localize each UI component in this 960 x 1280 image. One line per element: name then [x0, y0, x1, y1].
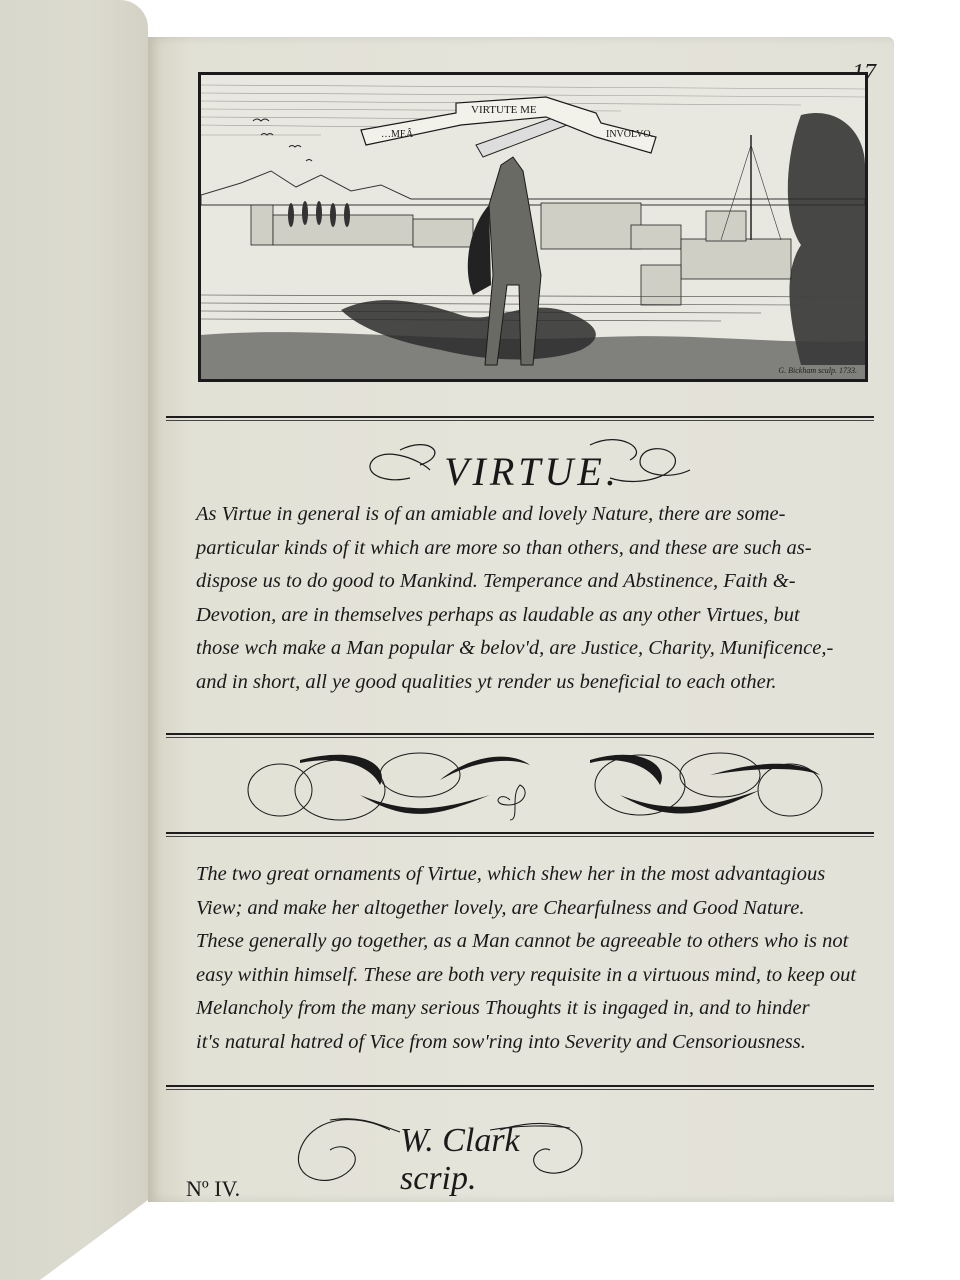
- hercules-hydra-engraving-icon: …MEÂ VIRTUTE ME INVOLVO.: [201, 75, 865, 379]
- passage-line: particular kinds of it which are more so…: [196, 532, 836, 566]
- passage-line: Devotion, are in themselves perhaps as l…: [196, 599, 836, 633]
- passage-line: Melancholy from the many serious Thought…: [196, 992, 836, 1026]
- passage-line: These generally go together, as a Man ca…: [196, 925, 836, 959]
- left-page-curl: [0, 0, 148, 1280]
- passage-line: and in short, all ye good qualities yt r…: [196, 666, 836, 700]
- divider-rule: [166, 1085, 874, 1087]
- scribe-signature: W. Clark scrip.: [400, 1122, 600, 1198]
- passage-line: As Virtue in general is of an amiable an…: [196, 498, 836, 532]
- banner-text-3: INVOLVO.: [606, 129, 653, 140]
- heading-block: VIRTUE.: [340, 430, 720, 500]
- divider-rule: [166, 416, 874, 418]
- passage-line: it's natural hatred of Vice from sow'rin…: [196, 1026, 836, 1060]
- passage-line: View; and make her altogether lovely, ar…: [196, 892, 836, 926]
- engraver-credit: G. Bickham sculp. 1733.: [778, 366, 857, 375]
- engraving-illustration: …MEÂ VIRTUTE ME INVOLVO. G. Bickham scul…: [198, 72, 868, 382]
- banner-text-1: …MEÂ: [381, 128, 414, 140]
- passage-line: dispose us to do good to Mankind. Temper…: [196, 565, 836, 599]
- divider-rule: [166, 733, 874, 735]
- passage-ornaments: The two great ornaments of Virtue, which…: [196, 858, 836, 1059]
- ornamental-flourish-icon: [240, 745, 840, 825]
- page-title: VIRTUE.: [412, 448, 652, 495]
- passage-line: The two great ornaments of Virtue, which…: [196, 858, 836, 892]
- divider-rule: [166, 832, 874, 834]
- banner-text-2: VIRTUTE ME: [471, 104, 537, 116]
- signature-block: W. Clark scrip.: [290, 1100, 600, 1210]
- passage-line: easy within himself. These are both very…: [196, 959, 836, 993]
- passage-virtue: As Virtue in general is of an amiable an…: [196, 498, 836, 699]
- plate-number: Nº IV.: [186, 1176, 240, 1202]
- passage-line: those wch make a Man popular & belov'd, …: [196, 632, 836, 666]
